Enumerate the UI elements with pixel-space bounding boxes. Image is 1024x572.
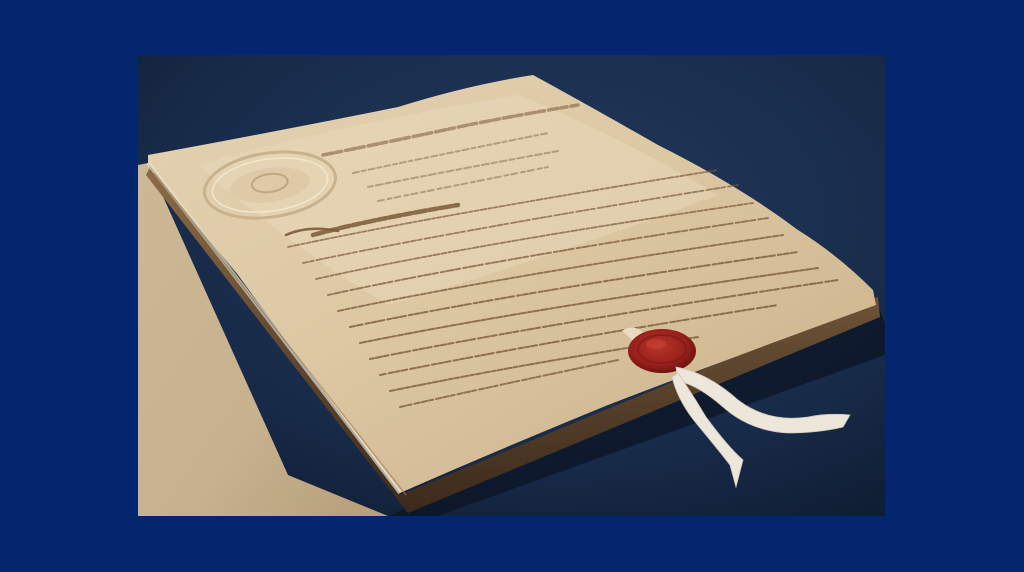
document-scene (138, 55, 885, 516)
document-photo (138, 55, 885, 516)
